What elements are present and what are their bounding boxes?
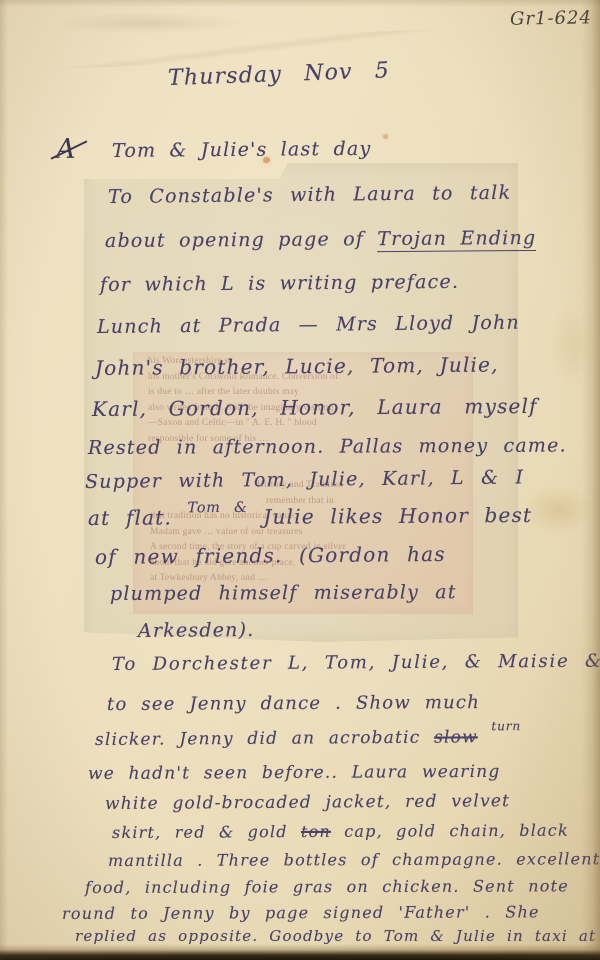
entry-line-13: Arkesden).: [138, 619, 255, 642]
entry-line-20: mantilla . Three bottles of champagne. e…: [108, 849, 600, 870]
entry-line-16-text: slicker. Jenny did an acrobatic: [95, 728, 434, 750]
inserted-above-line: turn: [491, 719, 521, 733]
page-edge-left: [0, 0, 8, 960]
entry-line-10-text: at flat.: [88, 505, 188, 530]
page-edge-top: [0, 0, 600, 7]
entry-line-19-text2: cap, gold chain, black: [331, 821, 569, 841]
entry-line-10: at flat. Tom & Julie likes Honor best: [88, 503, 532, 530]
show-through-smudge: [55, 12, 245, 34]
entry-line-18: white gold-brocaded jacket, red velvet: [105, 791, 510, 814]
entry-line-17: we hadn't seen before.. Laura wearing: [88, 762, 501, 784]
entry-line-06: John's brother, Lucie, Tom, Julie,: [95, 352, 499, 380]
entry-line-16: slicker. Jenny did an acrobatic slow tur…: [95, 727, 521, 750]
entry-line-01: Tom & Julie's last day: [112, 138, 372, 162]
entry-line-03: about opening page of Trojan Ending: [105, 227, 536, 252]
entry-line-07: Karl, Gordon, Honor, Laura myself: [92, 394, 538, 421]
entry-line-19: skirt, red & gold ton cap, gold chain, b…: [112, 821, 569, 842]
inserted-above-line: Tom &: [187, 500, 247, 516]
newsprint-bleedthrough-block2: History and Tradition remember that in t…: [150, 478, 450, 587]
foxing-speck: [383, 134, 388, 139]
entry-line-08: Rested in afternoon. Pallas money came.: [88, 434, 567, 459]
entry-line-14: To Dorchester L, Tom, Julie, & Maisie & …: [112, 650, 600, 675]
entry-line-10-text2: Julie likes Honor best: [263, 503, 532, 529]
entry-line-05: Lunch at Prada — Mrs Lloyd John: [97, 312, 520, 338]
page-edge-right: [582, 0, 600, 960]
entry-line-03-text: about opening page of: [105, 228, 377, 252]
margin-mark-struck-a: A: [56, 134, 76, 165]
struck-word: ton: [301, 822, 331, 841]
entry-line-22: round to Jenny by page signed 'Father' .…: [62, 902, 540, 923]
entry-line-12: plumped himself miserably at: [110, 581, 457, 605]
diary-page-scan: his Worcestershire st his mother's Cotsw…: [0, 0, 600, 960]
entry-line-15: to see Jenny dance . Show much: [107, 692, 480, 715]
entry-line-04: for which L is writing preface.: [100, 271, 459, 296]
entry-line-19-text: skirt, red & gold: [112, 822, 301, 842]
entry-line-02: To Constable's with Laura to talk: [108, 182, 511, 208]
archive-reference: Gr1-624: [510, 7, 592, 29]
entry-line-23: replied as opposite. Goodbye to Tom & Ju…: [75, 927, 600, 945]
underlined-book-title: Trojan Ending: [377, 227, 536, 252]
struck-word: slow: [434, 727, 478, 747]
page-edge-bottom: [0, 944, 600, 960]
entry-line-09: Supper with Tom, Julie, Karl, L & I: [85, 466, 524, 493]
entry-line-11: of new friends. (Gordon has: [95, 542, 446, 569]
entry-line-21: food, including foie gras on chicken. Se…: [85, 876, 569, 897]
